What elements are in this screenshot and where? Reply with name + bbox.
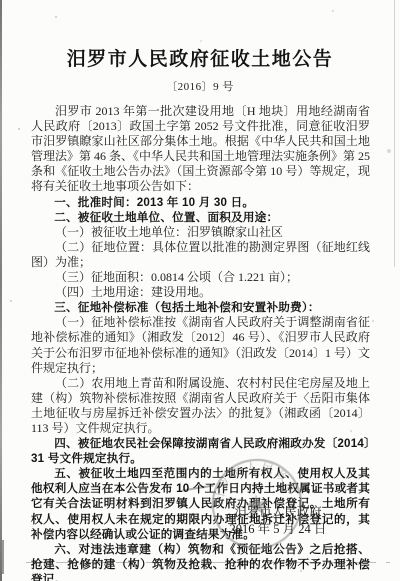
- svg-text:汨罗市人民政府: 汨罗市人民政府: [206, 455, 302, 508]
- section-2-item-4-use: （四）土地用途：建设用地。: [31, 285, 370, 300]
- section-6-illegal-structures: 六、对违法违章建（构）筑物和《预征地公告》之后抢搭、抢建、抢修的建（构）筑物及抢…: [31, 542, 370, 581]
- section-3-item-2-structures: （二）农用地上青苗和附属设施、农村村民住宅房屋及地上建（构）筑物补偿标准按照《湖…: [31, 376, 370, 436]
- section-2-item-1-unit: （一）被征收土地单位：汨罗镇瞭家山社区: [31, 225, 370, 240]
- issue-date: 2016 年 5 月 24 日: [198, 521, 358, 538]
- scanned-notice-page: 汨罗市人民政府征收土地公告 〔2016〕9 号 汨罗市 2013 年第一批次建设…: [0, 0, 400, 581]
- scan-artifact-left-edge: [0, 0, 2, 581]
- signature-block: 汨罗市人民政府 2016 年 5 月 24 日: [198, 504, 358, 538]
- issuer-name: 汨罗市人民政府: [198, 504, 358, 521]
- scan-artifact-right-edge: [394, 0, 395, 267]
- section-1-approval-time: 一、批准时间：2013 年 10 月 30 日。: [31, 195, 370, 210]
- page-title: 汨罗市人民政府征收土地公告: [0, 44, 400, 71]
- intro-paragraph: 汨罗市 2013 年第一批次建设用地〔H 地块〕用地经湖南省人民政府〔2013〕…: [31, 104, 370, 195]
- section-2-item-2-location: （二）征地位置：具体位置以批准的勘测定界图（征地红线图）为准；: [31, 240, 370, 270]
- document-number: 〔2016〕9 号: [0, 78, 400, 94]
- section-4-social-security: 四、被征地农民社会保障按湖南省人民政府湘政办发〔2014〕31 号文件规定执行。: [31, 436, 370, 466]
- section-3-heading: 三、征地补偿标准（包括土地补偿和安置补助费）：: [31, 300, 370, 315]
- scan-artifact-corner-tick: [2, 540, 4, 574]
- seal-arc-text: 汨罗市人民政府: [206, 455, 302, 508]
- scan-artifact-specks: [0, 0, 2, 2]
- section-2-item-3-area: （三）征地面积：0.0814 公顷（合 1.221 亩）；: [31, 270, 370, 285]
- section-2-heading: 二、被征收土地单位、位置、面积及用途：: [31, 210, 370, 225]
- section-3-item-1-standard: （一）征地补偿标准按《湖南省人民政府关于调整湖南省征地补偿标准的通知》（湘政发〔…: [31, 315, 370, 375]
